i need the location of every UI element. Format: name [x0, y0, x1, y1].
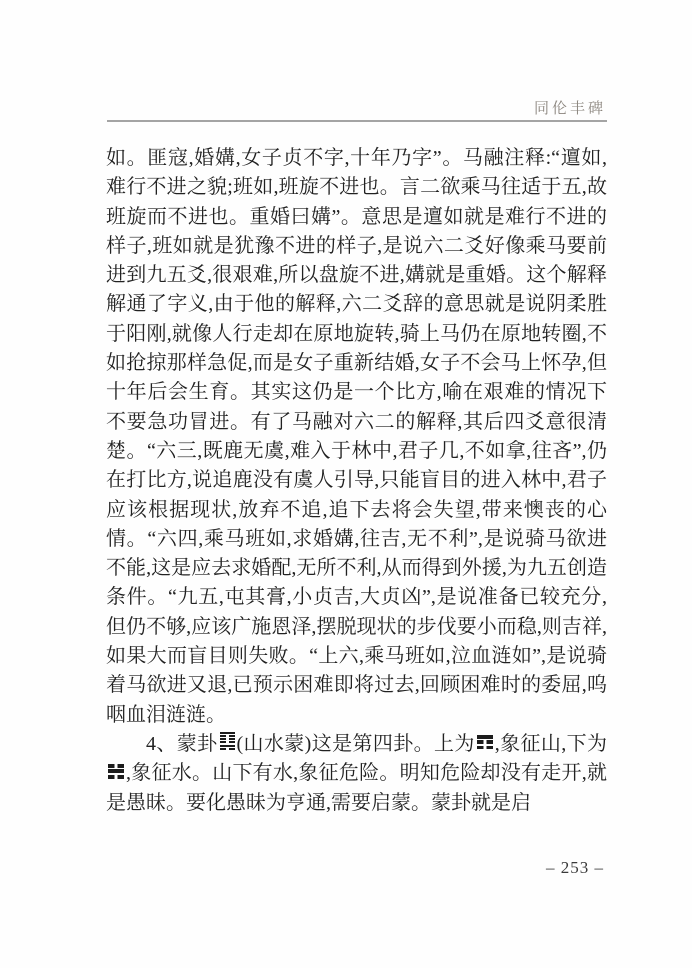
body-text: 如。匪寇,婚媾,女子贞不字,十年乃字”。马融注释:“邅如,难行不进之貌;班如,班… [106, 144, 607, 818]
paragraph-1: 如。匪寇,婚媾,女子贞不字,十年乃字”。马融注释:“邅如,难行不进之貌;班如,班… [106, 144, 607, 730]
running-header: 同伦丰碑 [534, 97, 606, 118]
paragraph-2: 4、蒙卦(山水蒙)这是第四卦。上为,象征山,下为,象征水。山下有水,象征危险。明… [106, 730, 607, 818]
text-run: ,象征水。山下有水,象征危险。明知危险却没有走开,就是愚昧。要化愚昧为亨通,需要… [106, 762, 607, 813]
header-rule [107, 120, 607, 122]
text-run: (山水蒙)这是第四卦。上为 [237, 733, 475, 755]
meng-hexagram-icon [220, 731, 235, 751]
book-page: 同伦丰碑 如。匪寇,婚媾,女子贞不字,十年乃字”。马融注释:“邅如,难行不进之貌… [0, 0, 692, 968]
gen-trigram-icon [477, 733, 493, 751]
kan-trigram-icon [108, 762, 124, 780]
text-run: 4、蒙卦 [146, 733, 218, 755]
text-run: ,象征山,下为 [495, 733, 607, 755]
page-number: – 253 – [546, 858, 604, 878]
